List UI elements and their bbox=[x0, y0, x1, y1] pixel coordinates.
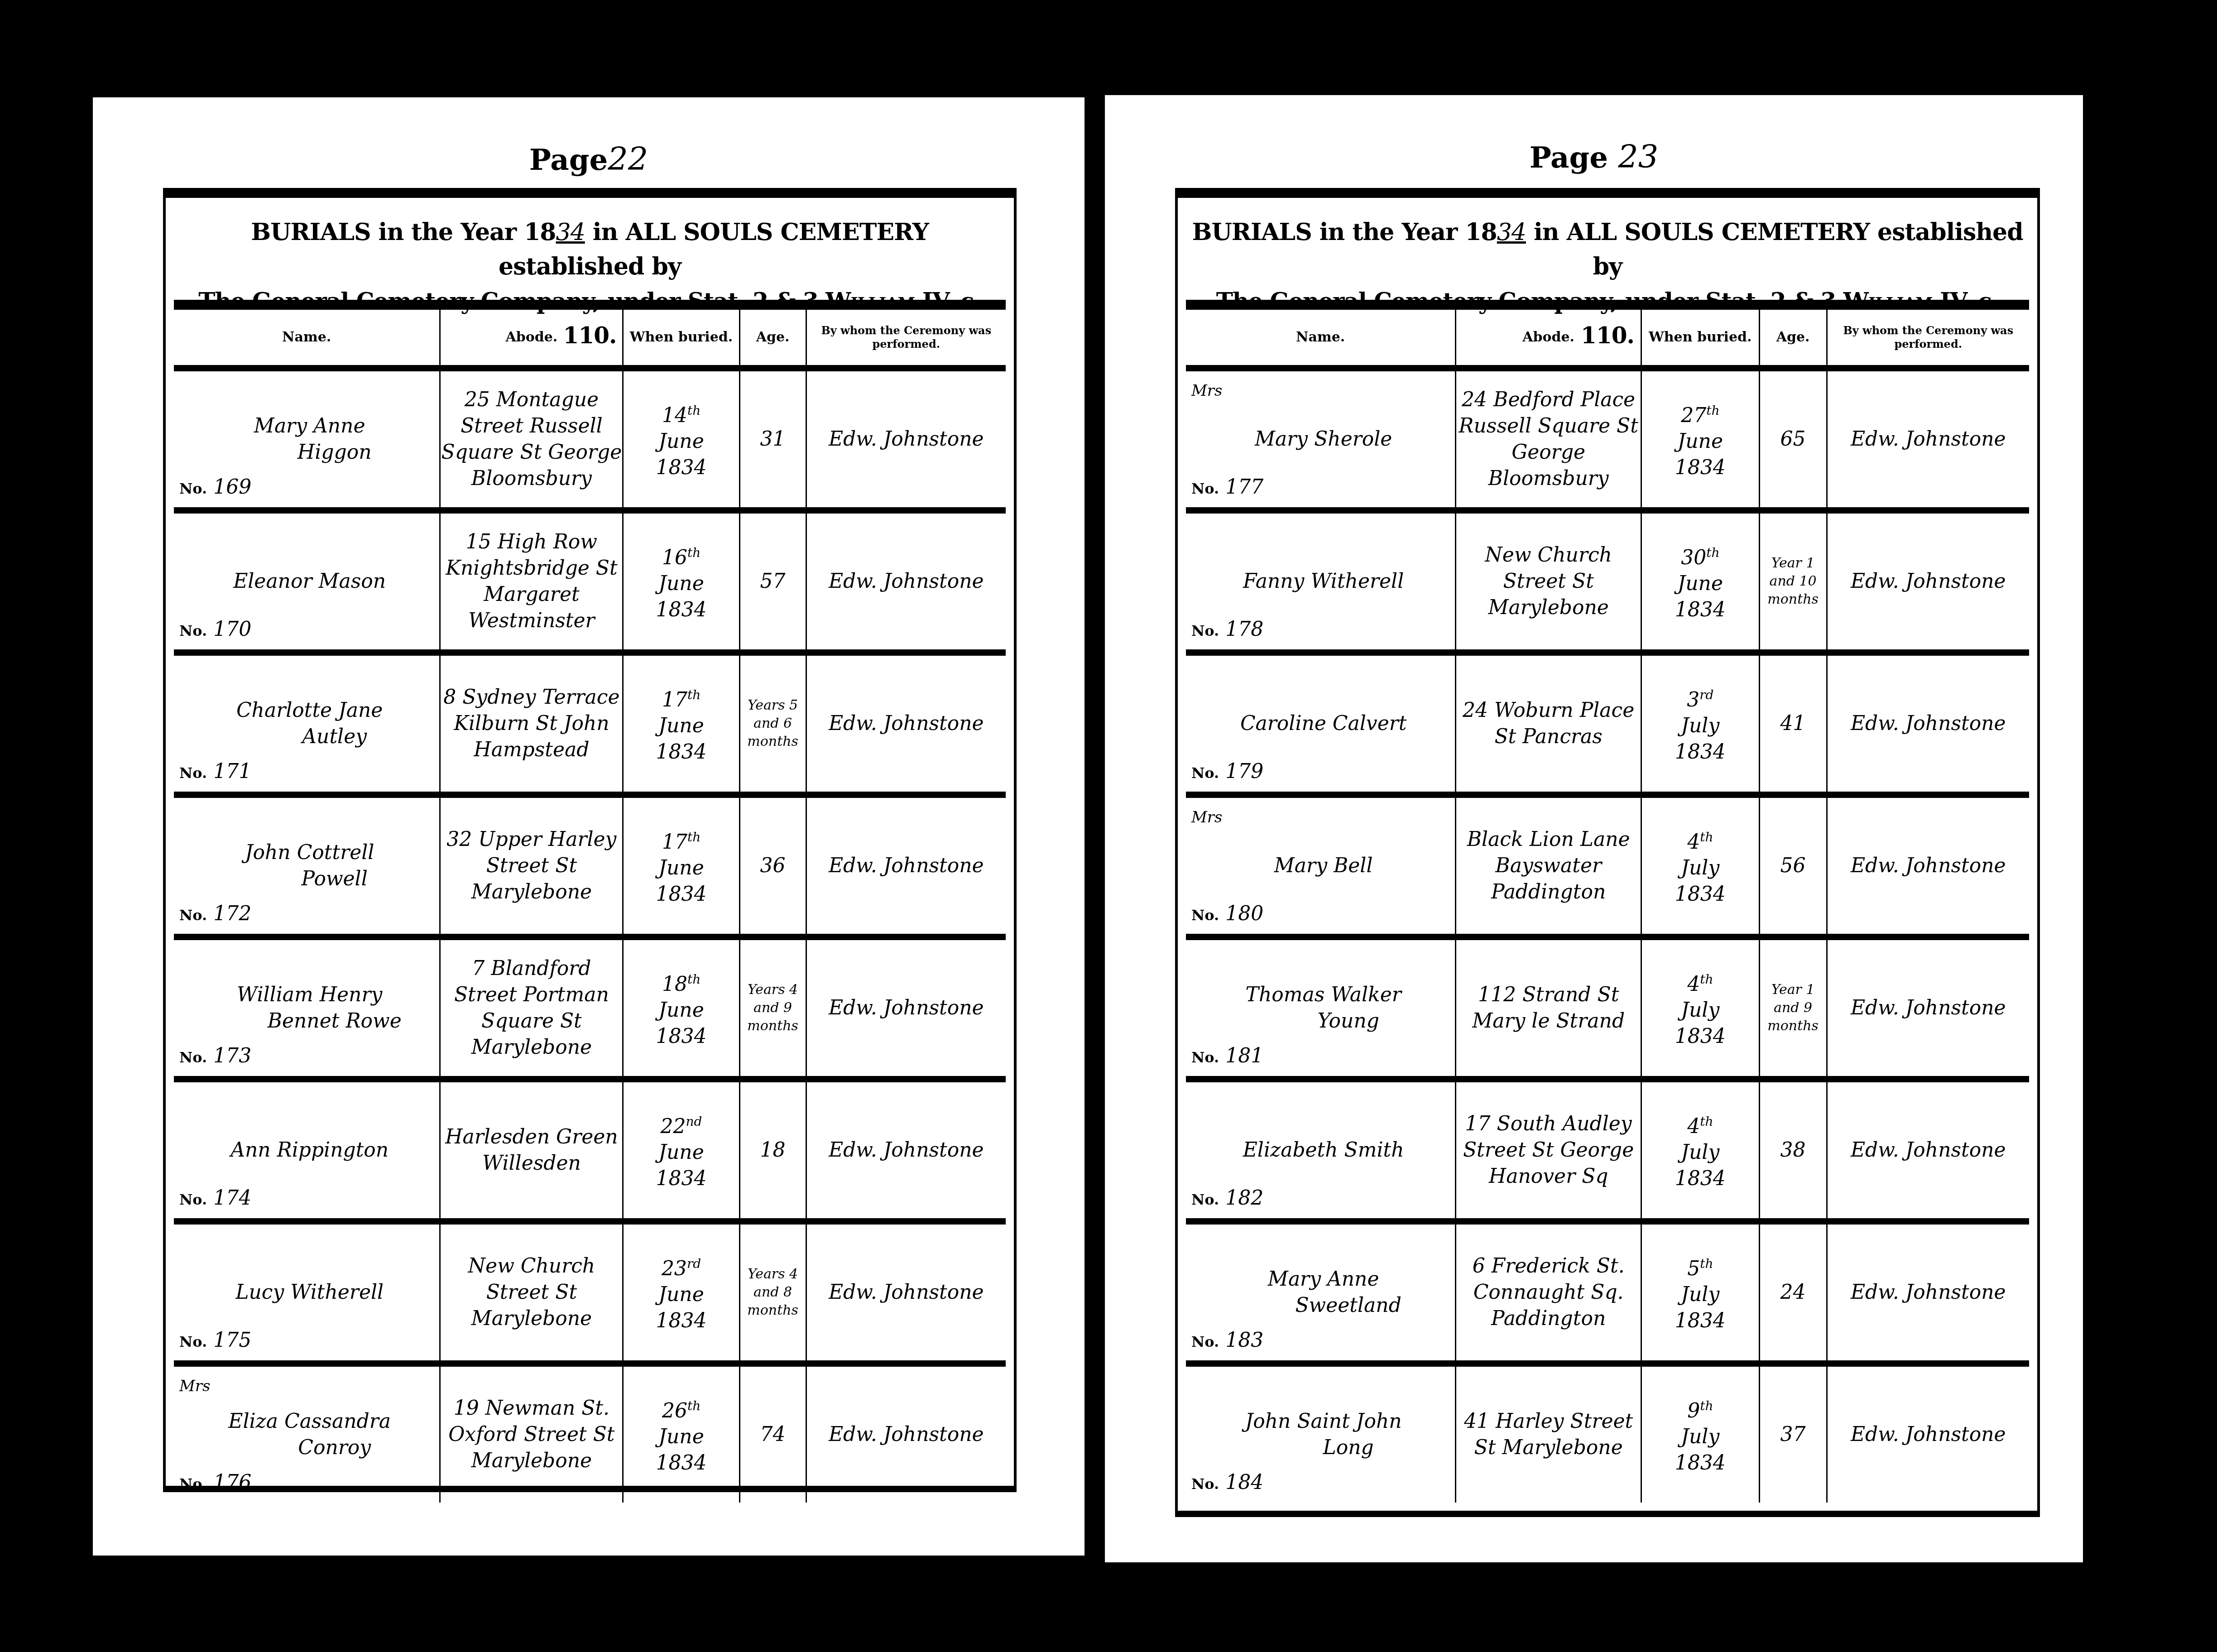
entry-number: No. 169 bbox=[179, 474, 251, 502]
deceased-name: Lucy Witherell bbox=[180, 1279, 439, 1306]
name-cell: Fanny WitherellNo. 178 bbox=[1186, 510, 1456, 653]
ceremony-officiant-cell: Edw. Johnstone bbox=[806, 1221, 1006, 1364]
ceremony-officiant-cell: Edw. Johnstone bbox=[1827, 1221, 2029, 1364]
age-cell: Years 5 and 6 months bbox=[739, 653, 806, 795]
deceased-name: Thomas Walker bbox=[1192, 982, 1454, 1008]
age-cell: 37 bbox=[1759, 1364, 1827, 1503]
entry-number: No. 183 bbox=[1191, 1327, 1263, 1355]
deceased-name: Mary Bell bbox=[1192, 853, 1454, 879]
ceremony-officiant-cell: Edw. Johnstone bbox=[806, 1364, 1006, 1503]
deceased-name: Ann Rippington bbox=[180, 1137, 439, 1163]
ceremony-officiant-cell: Edw. Johnstone bbox=[806, 1079, 1006, 1221]
ceremony-officiant-cell: Edw. Johnstone bbox=[806, 368, 1006, 510]
burial-date-cell: 4thJuly1834 bbox=[1641, 937, 1759, 1079]
table-row: Thomas WalkerYoungNo. 181112 Strand St M… bbox=[1186, 937, 2029, 1079]
entry-number: No. 176 bbox=[179, 1470, 251, 1497]
name-cell: Elizabeth SmithNo. 182 bbox=[1186, 1079, 1456, 1221]
year-suffix: 34 bbox=[556, 219, 585, 246]
ceremony-officiant-cell: Edw. Johnstone bbox=[1827, 937, 2029, 1079]
abode-cell: 41 Harley Street St Marylebone bbox=[1456, 1364, 1641, 1503]
register-frame: BURIALS in the Year 1834 in ALL SOULS CE… bbox=[1175, 188, 2040, 1517]
abode-cell: Harlesden Green Willesden bbox=[440, 1079, 623, 1221]
entry-number: No. 170 bbox=[179, 616, 251, 644]
table-row: Eleanor MasonNo. 17015 High Row Knightsb… bbox=[174, 510, 1006, 653]
burial-date-cell: 14thJune1834 bbox=[623, 368, 739, 510]
column-header-abode: Abode. bbox=[1456, 305, 1641, 368]
table-row: Ann RippingtonNo. 174Harlesden Green Wil… bbox=[174, 1079, 1006, 1221]
age-cell: 41 bbox=[1759, 653, 1827, 795]
title-prefix: Mrs bbox=[1191, 378, 1223, 404]
title-prefix: Mrs bbox=[1191, 804, 1223, 831]
page-number-value: 22 bbox=[608, 140, 648, 178]
table-row: MrsEliza CassandraConroyNo. 17619 Newman… bbox=[174, 1364, 1006, 1503]
entry-number: No. 182 bbox=[1191, 1185, 1263, 1213]
deceased-surname: Autley bbox=[180, 724, 439, 750]
column-header-abode: Abode. bbox=[440, 305, 623, 368]
burial-date-cell: 17thJune1834 bbox=[623, 653, 739, 795]
table-row: MrsMary BellNo. 180Black Lion Lane Baysw… bbox=[1186, 795, 2029, 937]
deceased-surname: Sweetland bbox=[1192, 1292, 1454, 1319]
year-suffix: 34 bbox=[1497, 219, 1526, 246]
abode-cell: New Church Street St Marylebone bbox=[1456, 510, 1641, 653]
burial-date-cell: 17thJune1834 bbox=[623, 795, 739, 937]
table-row: Charlotte JaneAutleyNo. 1718 Sydney Terr… bbox=[174, 653, 1006, 795]
ceremony-officiant-cell: Edw. Johnstone bbox=[1827, 795, 2029, 937]
abode-cell: 112 Strand St Mary le Strand bbox=[1456, 937, 1641, 1079]
entry-number: No. 179 bbox=[1191, 759, 1263, 786]
column-header-when-buried: When buried. bbox=[623, 305, 739, 368]
abode-cell: 24 Bedford Place Russell Square St Georg… bbox=[1456, 368, 1641, 510]
name-cell: MrsEliza CassandraConroyNo. 176 bbox=[174, 1364, 440, 1503]
burial-date-cell: 22ndJune1834 bbox=[623, 1079, 739, 1221]
column-header-ceremony: By whom the Ceremony was performed. bbox=[1827, 305, 2029, 368]
burial-date-cell: 27thJune1834 bbox=[1641, 368, 1759, 510]
age-cell: Years 4 and 8 months bbox=[739, 1221, 806, 1364]
burial-date-cell: 5thJuly1834 bbox=[1641, 1221, 1759, 1364]
abode-cell: 15 High Row Knightsbridge St Margaret We… bbox=[440, 510, 623, 653]
age-cell: 57 bbox=[739, 510, 806, 653]
table-row: John CottrellPowellNo. 17232 Upper Harle… bbox=[174, 795, 1006, 937]
burial-register-table: Name. Abode. When buried. Age. By whom t… bbox=[1186, 300, 2029, 1503]
ceremony-officiant-cell: Edw. Johnstone bbox=[1827, 1364, 2029, 1503]
table-row: Caroline CalvertNo. 17924 Woburn Place S… bbox=[1186, 653, 2029, 795]
deceased-name: Mary Anne bbox=[1192, 1266, 1454, 1292]
deceased-name: John Cottrell bbox=[180, 840, 439, 866]
deceased-name: Mary Anne bbox=[180, 413, 439, 439]
column-header-ceremony: By whom the Ceremony was performed. bbox=[806, 305, 1006, 368]
entry-number: No. 180 bbox=[1191, 901, 1263, 928]
deceased-name: Elizabeth Smith bbox=[1192, 1137, 1454, 1163]
entry-number: No. 178 bbox=[1191, 616, 1263, 644]
ceremony-officiant-cell: Edw. Johnstone bbox=[1827, 653, 2029, 795]
abode-cell: 8 Sydney Terrace Kilburn St John Hampste… bbox=[440, 653, 623, 795]
name-cell: John Saint JohnLongNo. 184 bbox=[1186, 1364, 1456, 1503]
burial-date-cell: 4thJuly1834 bbox=[1641, 795, 1759, 937]
name-cell: Thomas WalkerYoungNo. 181 bbox=[1186, 937, 1456, 1079]
age-cell: 24 bbox=[1759, 1221, 1827, 1364]
age-cell: 31 bbox=[739, 368, 806, 510]
abode-cell: 19 Newman St. Oxford Street St Marylebon… bbox=[440, 1364, 623, 1503]
deceased-name: Caroline Calvert bbox=[1192, 711, 1454, 737]
burial-date-cell: 16thJune1834 bbox=[623, 510, 739, 653]
age-cell: 38 bbox=[1759, 1079, 1827, 1221]
age-cell: Year 1 and 9 months bbox=[1759, 937, 1827, 1079]
table-row: John Saint JohnLongNo. 18441 Harley Stre… bbox=[1186, 1364, 2029, 1503]
name-cell: MrsMary BellNo. 180 bbox=[1186, 795, 1456, 937]
deceased-name: Charlotte Jane bbox=[180, 697, 439, 724]
abode-cell: 7 Blandford Street Portman Square St Mar… bbox=[440, 937, 623, 1079]
age-cell: 74 bbox=[739, 1364, 806, 1503]
abode-cell: 25 Montague Street Russell Square St Geo… bbox=[440, 368, 623, 510]
entry-number: No. 174 bbox=[179, 1185, 251, 1213]
deceased-name: Eliza Cassandra bbox=[180, 1408, 439, 1435]
entry-number: No. 171 bbox=[179, 759, 251, 786]
abode-cell: New Church Street St Marylebone bbox=[440, 1221, 623, 1364]
ceremony-officiant-cell: Edw. Johnstone bbox=[806, 937, 1006, 1079]
abode-cell: 32 Upper Harley Street St Marylebone bbox=[440, 795, 623, 937]
burial-date-cell: 9thJuly1834 bbox=[1641, 1364, 1759, 1503]
burial-register-table: Name. Abode. When buried. Age. By whom t… bbox=[174, 300, 1006, 1503]
name-cell: Caroline CalvertNo. 179 bbox=[1186, 653, 1456, 795]
table-row: Lucy WitherellNo. 175New Church Street S… bbox=[174, 1221, 1006, 1364]
deceased-surname: Powell bbox=[180, 866, 439, 892]
ceremony-officiant-cell: Edw. Johnstone bbox=[1827, 510, 2029, 653]
entry-number: No. 184 bbox=[1191, 1470, 1263, 1497]
deceased-surname: Higgon bbox=[180, 439, 439, 466]
ceremony-officiant-cell: Edw. Johnstone bbox=[806, 510, 1006, 653]
table-row: Mary AnneSweetlandNo. 1836 Frederick St.… bbox=[1186, 1221, 2029, 1364]
page-number: Page 23 bbox=[1105, 138, 2083, 175]
age-cell: 56 bbox=[1759, 795, 1827, 937]
name-cell: Ann RippingtonNo. 174 bbox=[174, 1079, 440, 1221]
deceased-name: Eleanor Mason bbox=[180, 568, 439, 595]
abode-cell: 17 South Audley Street St George Hanover… bbox=[1456, 1079, 1641, 1221]
deceased-name: John Saint John bbox=[1192, 1408, 1454, 1435]
entry-number: No. 181 bbox=[1191, 1043, 1263, 1071]
name-cell: Charlotte JaneAutleyNo. 171 bbox=[174, 653, 440, 795]
table-row: Elizabeth SmithNo. 18217 South Audley St… bbox=[1186, 1079, 2029, 1221]
abode-cell: 24 Woburn Place St Pancras bbox=[1456, 653, 1641, 795]
name-cell: John CottrellPowellNo. 172 bbox=[174, 795, 440, 937]
burial-date-cell: 26thJune1834 bbox=[623, 1364, 739, 1503]
register-frame: BURIALS in the Year 1834 in ALL SOULS CE… bbox=[163, 188, 1017, 1492]
name-cell: Lucy WitherellNo. 175 bbox=[174, 1221, 440, 1364]
entry-number: No. 172 bbox=[179, 901, 251, 928]
deceased-surname: Bennet Rowe bbox=[180, 1008, 439, 1034]
name-cell: Mary AnneHiggonNo. 169 bbox=[174, 368, 440, 510]
burial-date-cell: 18thJune1834 bbox=[623, 937, 739, 1079]
column-header-when-buried: When buried. bbox=[1641, 305, 1759, 368]
deceased-surname: Young bbox=[1192, 1008, 1454, 1034]
abode-cell: Black Lion Lane Bayswater Paddington bbox=[1456, 795, 1641, 937]
age-cell: 65 bbox=[1759, 368, 1827, 510]
ceremony-officiant-cell: Edw. Johnstone bbox=[806, 653, 1006, 795]
right-register-page: Page 23 BURIALS in the Year 1834 in ALL … bbox=[1105, 95, 2083, 1562]
column-header-age: Age. bbox=[739, 305, 806, 368]
name-cell: Mary AnneSweetlandNo. 183 bbox=[1186, 1221, 1456, 1364]
page-number: Page22 bbox=[93, 140, 1085, 178]
table-row: MrsMary SheroleNo. 17724 Bedford Place R… bbox=[1186, 368, 2029, 510]
table-row: Fanny WitherellNo. 178New Church Street … bbox=[1186, 510, 2029, 653]
column-header-name: Name. bbox=[174, 305, 440, 368]
entry-number: No. 173 bbox=[179, 1043, 251, 1071]
page-number-value: 23 bbox=[1618, 138, 1658, 175]
burial-date-cell: 30thJune1834 bbox=[1641, 510, 1759, 653]
abode-cell: 6 Frederick St. Connaught Sq. Paddington bbox=[1456, 1221, 1641, 1364]
deceased-surname: Long bbox=[1192, 1435, 1454, 1461]
title-prefix: Mrs bbox=[179, 1373, 211, 1399]
column-header-age: Age. bbox=[1759, 305, 1827, 368]
entry-number: No. 177 bbox=[1191, 474, 1263, 502]
column-header-name: Name. bbox=[1186, 305, 1456, 368]
burial-date-cell: 23rdJune1834 bbox=[623, 1221, 739, 1364]
deceased-name: Fanny Witherell bbox=[1192, 568, 1454, 595]
table-row: Mary AnneHiggonNo. 16925 Montague Street… bbox=[174, 368, 1006, 510]
name-cell: MrsMary SheroleNo. 177 bbox=[1186, 368, 1456, 510]
ceremony-officiant-cell: Edw. Johnstone bbox=[1827, 368, 2029, 510]
left-register-page: Page22 BURIALS in the Year 1834 in ALL S… bbox=[93, 97, 1085, 1556]
burial-date-cell: 3rdJuly1834 bbox=[1641, 653, 1759, 795]
entry-number: No. 175 bbox=[179, 1327, 251, 1355]
ceremony-officiant-cell: Edw. Johnstone bbox=[806, 795, 1006, 937]
age-cell: Year 1 and 10 months bbox=[1759, 510, 1827, 653]
deceased-surname: Conroy bbox=[180, 1435, 439, 1461]
deceased-name: Mary Sherole bbox=[1192, 426, 1454, 452]
age-cell: 18 bbox=[739, 1079, 806, 1221]
deceased-name: William Henry bbox=[180, 982, 439, 1008]
burial-date-cell: 4thJuly1834 bbox=[1641, 1079, 1759, 1221]
ceremony-officiant-cell: Edw. Johnstone bbox=[1827, 1079, 2029, 1221]
table-row: William HenryBennet RoweNo. 1737 Blandfo… bbox=[174, 937, 1006, 1079]
age-cell: Years 4 and 9 months bbox=[739, 937, 806, 1079]
name-cell: William HenryBennet RoweNo. 173 bbox=[174, 937, 440, 1079]
age-cell: 36 bbox=[739, 795, 806, 937]
name-cell: Eleanor MasonNo. 170 bbox=[174, 510, 440, 653]
